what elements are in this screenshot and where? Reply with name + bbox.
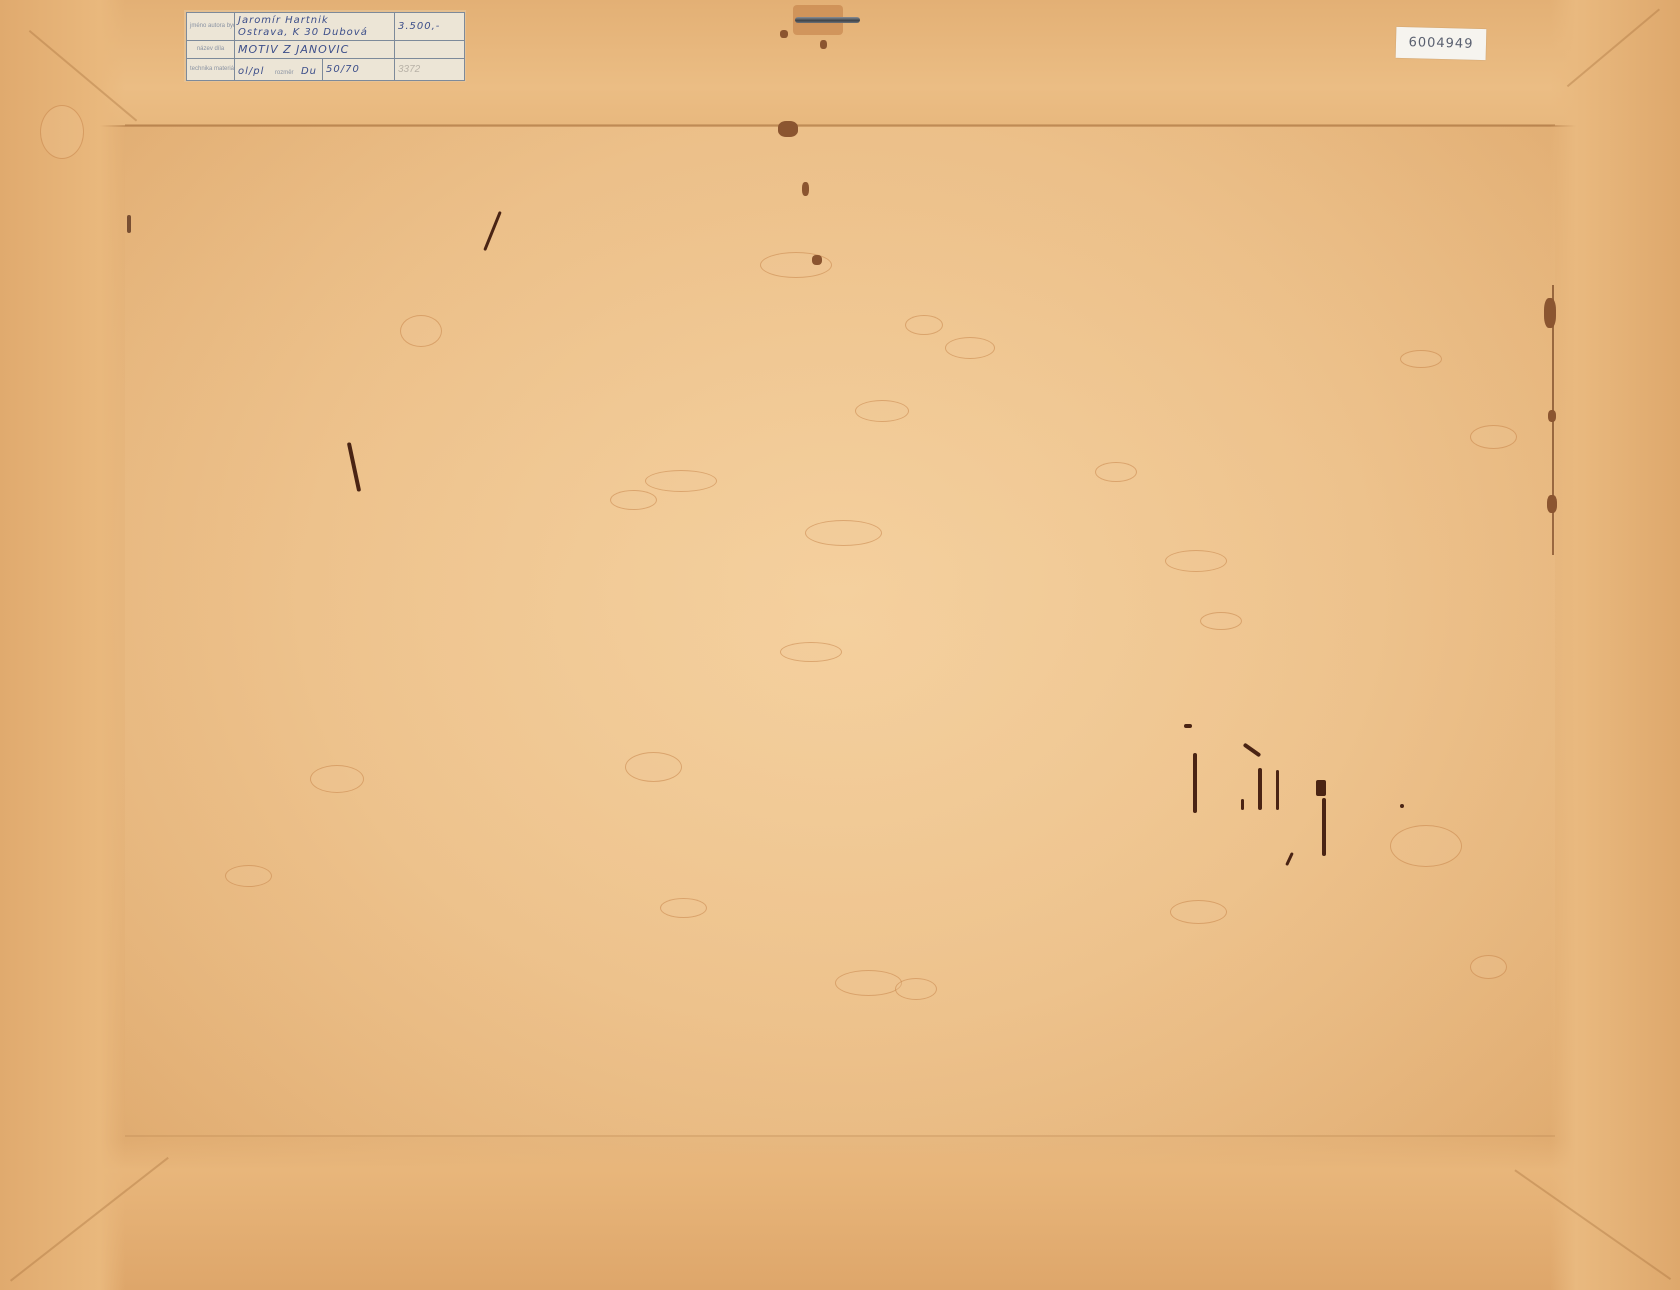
water-stain (660, 898, 707, 918)
water-stain (835, 970, 902, 996)
inventory-number: 6004949 (1408, 35, 1473, 52)
gallery-label: jméno autora bydliště Jaromír Hartnik Os… (186, 12, 464, 80)
frame-note: Du (301, 66, 317, 77)
nail-mark (1400, 804, 1404, 808)
water-stain (805, 520, 882, 546)
hanging-staple (795, 17, 860, 23)
left-fold-band (0, 0, 125, 1290)
puncture-mark (778, 121, 798, 137)
puncture-mark (780, 30, 788, 38)
faded-number: 3372 (395, 59, 465, 81)
water-stain (1095, 462, 1137, 482)
author-name: Jaromír Hartnik (238, 15, 391, 27)
water-stain (310, 765, 364, 793)
water-stain (855, 400, 909, 422)
price: 3.500,- (395, 13, 465, 41)
size: 50/70 (323, 59, 395, 81)
inventory-sticker: 6004949 (1396, 27, 1487, 60)
slit-mark (127, 215, 131, 233)
tear-hole (1548, 410, 1556, 422)
nail-mark (1241, 799, 1244, 810)
puncture-mark (820, 40, 827, 49)
water-stain (1470, 425, 1517, 449)
water-stain (645, 470, 717, 492)
tear-hole (1544, 298, 1556, 328)
puncture-mark (812, 255, 822, 265)
top-fold-line (125, 124, 1555, 126)
painting-back-board: jméno autora bydliště Jaromír Hartnik Os… (0, 0, 1680, 1290)
water-stain (610, 490, 657, 510)
technique-field-caption: technika materiál (187, 59, 235, 81)
artwork-title: MOTIV Z JANOVIC (235, 41, 395, 59)
right-fold-band (1550, 0, 1680, 1290)
puncture-mark (802, 182, 809, 196)
water-stain (905, 315, 943, 335)
size-field-caption: rozměr (275, 70, 294, 76)
nail-mark (1258, 768, 1262, 810)
nail-mark (1322, 798, 1326, 856)
nail-mark (1193, 753, 1197, 813)
title-field-caption: název díla (187, 41, 235, 59)
water-stain (780, 642, 842, 662)
author-address: Ostrava, K 30 Dubová (238, 27, 391, 39)
water-stain (1170, 900, 1227, 924)
water-stain (1390, 825, 1462, 867)
nail-mark (1276, 770, 1279, 810)
water-stain (1470, 955, 1507, 979)
water-stain (625, 752, 682, 782)
technique: ol/pl (238, 66, 264, 77)
water-stain (895, 978, 937, 1000)
water-stain (400, 315, 442, 347)
bottom-fold-band (0, 1140, 1680, 1290)
nail-mark (1184, 724, 1192, 728)
water-stain (1400, 350, 1442, 368)
water-stain (40, 105, 84, 159)
water-stain (945, 337, 995, 359)
nail-mark (1316, 780, 1326, 796)
water-stain (1165, 550, 1227, 572)
water-stain (225, 865, 272, 887)
water-stain (1200, 612, 1242, 630)
tear-hole (1547, 495, 1557, 513)
bottom-fold-line (125, 1135, 1555, 1137)
author-field-caption: jméno autora bydliště (187, 13, 235, 41)
